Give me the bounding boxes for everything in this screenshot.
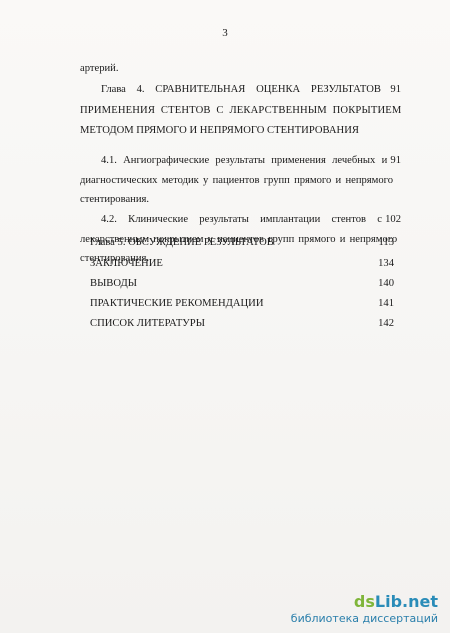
- toc-entry-references-page: 142: [364, 319, 394, 330]
- page-number: 3: [0, 27, 450, 39]
- toc-section42-line1: 4.2. Клинические результаты имплантации …: [101, 215, 382, 226]
- dslib-subtitle: библиотека диссертаций: [291, 612, 438, 625]
- toc-fragment: артерий.: [80, 64, 118, 75]
- toc-entry-findings-page: 140: [364, 279, 394, 290]
- toc-section41-line1: 4.1. Ангиографические результаты примене…: [101, 156, 387, 167]
- document-page: 3 артерий. Глава 4. СРАВНИТЕЛЬНАЯ ОЦЕНКА…: [0, 0, 450, 633]
- toc-section42-page: 102: [371, 215, 401, 226]
- toc-entry-chapter5-page: 113: [364, 238, 394, 249]
- toc-entry-recommendations: ПРАКТИЧЕСКИЕ РЕКОМЕНДАЦИИ: [90, 299, 263, 310]
- toc-entry-findings: ВЫВОДЫ: [90, 279, 137, 290]
- dslib-watermark[interactable]: dsLib.net библиотека диссертаций: [291, 594, 438, 625]
- toc-entry-recommendations-page: 141: [364, 299, 394, 310]
- toc-section41-page: 91: [371, 156, 401, 167]
- toc-section41-line3: стентирования.: [80, 195, 149, 206]
- dslib-logo: dsLib.net: [291, 594, 438, 610]
- toc-chapter4-line2: ПРИМЕНЕНИЯ СТЕНТОВ С ЛЕКАРСТВЕННЫМ ПОКРЫ…: [80, 106, 401, 117]
- toc-entry-chapter5: Глава 5. ОБСУЖДЕНИЕ РЕЗУЛЬТАТОВ: [90, 238, 274, 249]
- toc-chapter4-line3: МЕТОДОМ ПРЯМОГО И НЕПРЯМОГО СТЕНТИРОВАНИ…: [80, 126, 359, 137]
- toc-section41-line2: диагностических методик у пациентов груп…: [80, 176, 393, 187]
- toc-chapter4-page: 91: [371, 85, 401, 96]
- toc-entry-conclusion: ЗАКЛЮЧЕНИЕ: [90, 259, 163, 270]
- toc-chapter4-line1: Глава 4. СРАВНИТЕЛЬНАЯ ОЦЕНКА РЕЗУЛЬТАТО…: [101, 85, 381, 96]
- toc-entry-references: СПИСОК ЛИТЕРАТУРЫ: [90, 319, 205, 330]
- toc-entry-conclusion-page: 134: [364, 259, 394, 270]
